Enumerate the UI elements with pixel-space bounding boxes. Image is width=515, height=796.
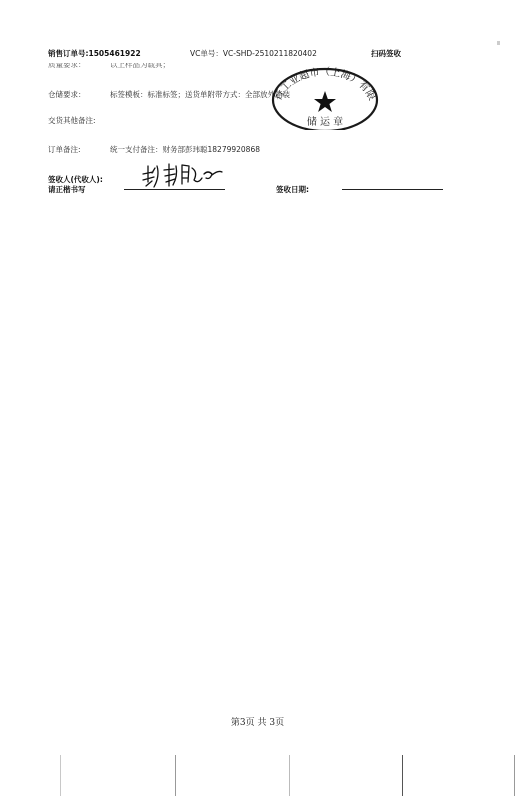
order-note-label: 订单备注: <box>48 144 81 155</box>
edge-mark <box>60 755 61 796</box>
quality-value: 以上样品为载具； <box>110 63 170 70</box>
clipped-row: 质量要求： 以上样品为载具； <box>0 63 515 70</box>
sign-date-line <box>342 189 443 190</box>
svg-text:储 运 章: 储 运 章 <box>307 115 343 128</box>
warehouse-label: 仓储要求： <box>48 89 86 100</box>
handwritten-signature <box>140 160 230 194</box>
signer-hint: 请正楷书写 <box>48 184 86 195</box>
star-icon <box>314 91 336 112</box>
edge-mark <box>402 755 403 796</box>
page-indicator: 第3页 共 3页 <box>0 715 515 728</box>
order-note-value: 统一支付备注：财务部彭玮聪18279920868 <box>110 144 260 155</box>
warehouse-value: 标签模板：标准标签；送货单附带方式：全部放外箱装 <box>110 89 290 100</box>
sign-date-label: 签收日期: <box>276 184 309 195</box>
delivery-notes-label: 交货其他备注: <box>48 115 96 126</box>
edge-mark <box>289 755 290 796</box>
stamp-org-text: 震坤行工业超市（上海）有限公司 <box>266 58 378 102</box>
edge-mark <box>175 755 176 796</box>
sales-order-number: 销售订单号:1505461922 <box>48 48 141 59</box>
quality-label: 质量要求： <box>48 63 86 70</box>
company-stamp: 震坤行工业超市（上海）有限公司 储 运 章 <box>266 58 384 130</box>
scan-artifact <box>497 41 500 45</box>
